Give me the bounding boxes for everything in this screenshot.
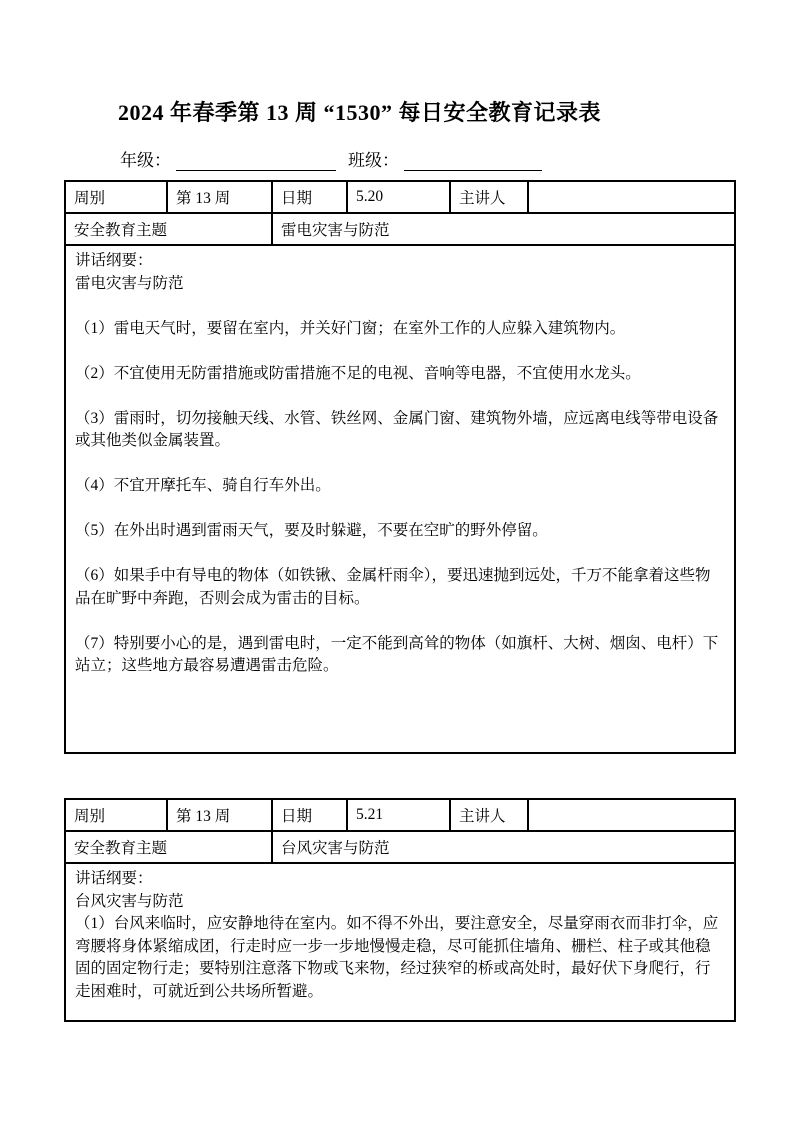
outline-point: （6）如果手中有导电的物体（如铁锹、金属杆雨伞），要迅速抛到远处，千万不能拿着这… xyxy=(75,565,724,610)
topic-label-cell: 安全教育主题 xyxy=(65,831,272,863)
outline-title: 雷电灾害与防范 xyxy=(75,273,724,296)
date-label-cell: 日期 xyxy=(272,799,347,831)
date-label-cell: 日期 xyxy=(272,181,347,213)
table-row: 安全教育主题 台风灾害与防范 xyxy=(65,831,735,863)
page-title: 2024 年春季第 13 周 “1530” 每日安全教育记录表 xyxy=(118,96,601,127)
outline-label: 讲话纲要： xyxy=(75,868,724,891)
table-row: 安全教育主题 雷电灾害与防范 xyxy=(65,213,735,245)
class-blank-field xyxy=(404,152,542,171)
table-row: 讲话纲要： 台风灾害与防范 （1）台风来临时，应安静地待在室内。如不得不外出，要… xyxy=(65,863,735,1021)
grade-label: 年级： xyxy=(120,146,171,171)
outline-points: （1）台风来临时，应安静地待在室内。如不得不外出，要注意安全，尽量穿雨衣而非打伞… xyxy=(75,913,724,1003)
week-label-cell: 周别 xyxy=(65,799,167,831)
table-row: 讲话纲要： 雷电灾害与防范 （1）雷电天气时，要留在室内，并关好门窗；在室外工作… xyxy=(65,245,735,753)
outline-point: （2）不宜使用无防雷措施或防雷措施不足的电视、音响等电器，不宜使用水龙头。 xyxy=(75,363,724,386)
topic-label-cell: 安全教育主题 xyxy=(65,213,272,245)
grade-blank-field xyxy=(176,152,336,171)
week-value-cell: 第 13 周 xyxy=(167,181,272,213)
outline-cell: 讲话纲要： 雷电灾害与防范 （1）雷电天气时，要留在室内，并关好门窗；在室外工作… xyxy=(65,245,735,753)
session-table-2: 周别 第 13 周 日期 5.21 主讲人 安全教育主题 台风灾害与防范 讲话纲… xyxy=(64,798,736,1022)
week-label-cell: 周别 xyxy=(65,181,167,213)
topic-value-cell: 台风灾害与防范 xyxy=(272,831,735,863)
date-value-cell: 5.21 xyxy=(347,799,450,831)
outline-points: （1）雷电天气时，要留在室内，并关好门窗；在室外工作的人应躲入建筑物内。（2）不… xyxy=(75,318,724,678)
date-value-cell: 5.20 xyxy=(347,181,450,213)
speaker-value-cell xyxy=(528,799,735,831)
speaker-label-cell: 主讲人 xyxy=(450,799,528,831)
outline-point: （7）特别要小心的是，遇到雷电时，一定不能到高耸的物体（如旗杆、大树、烟囱、电杆… xyxy=(75,633,724,678)
outline-point: （5）在外出时遇到雷雨天气，要及时躲避，不要在空旷的野外停留。 xyxy=(75,520,724,543)
outline-title: 台风灾害与防范 xyxy=(75,891,724,914)
speaker-label-cell: 主讲人 xyxy=(450,181,528,213)
outline-point: （1）台风来临时，应安静地待在室内。如不得不外出，要注意安全，尽量穿雨衣而非打伞… xyxy=(75,913,724,1003)
speaker-value-cell xyxy=(528,181,735,213)
class-label: 班级： xyxy=(348,146,399,171)
grade-class-line: 年级：班级： xyxy=(120,146,542,171)
outline-point: （3）雷雨时，切勿接触天线、水管、铁丝网、金属门窗、建筑物外墙，应远离电线等带电… xyxy=(75,408,724,453)
table-row: 周别 第 13 周 日期 5.21 主讲人 xyxy=(65,799,735,831)
outline-cell: 讲话纲要： 台风灾害与防范 （1）台风来临时，应安静地待在室内。如不得不外出，要… xyxy=(65,863,735,1021)
week-value-cell: 第 13 周 xyxy=(167,799,272,831)
session-table-1: 周别 第 13 周 日期 5.20 主讲人 安全教育主题 雷电灾害与防范 讲话纲… xyxy=(64,180,736,754)
outline-point: （1）雷电天气时，要留在室内，并关好门窗；在室外工作的人应躲入建筑物内。 xyxy=(75,318,724,341)
outline-point: （4）不宜开摩托车、骑自行车外出。 xyxy=(75,475,724,498)
document-page: 2024 年春季第 13 周 “1530” 每日安全教育记录表 年级：班级： 周… xyxy=(0,0,793,1122)
topic-value-cell: 雷电灾害与防范 xyxy=(272,213,735,245)
table-row: 周别 第 13 周 日期 5.20 主讲人 xyxy=(65,181,735,213)
outline-label: 讲话纲要： xyxy=(75,250,724,273)
